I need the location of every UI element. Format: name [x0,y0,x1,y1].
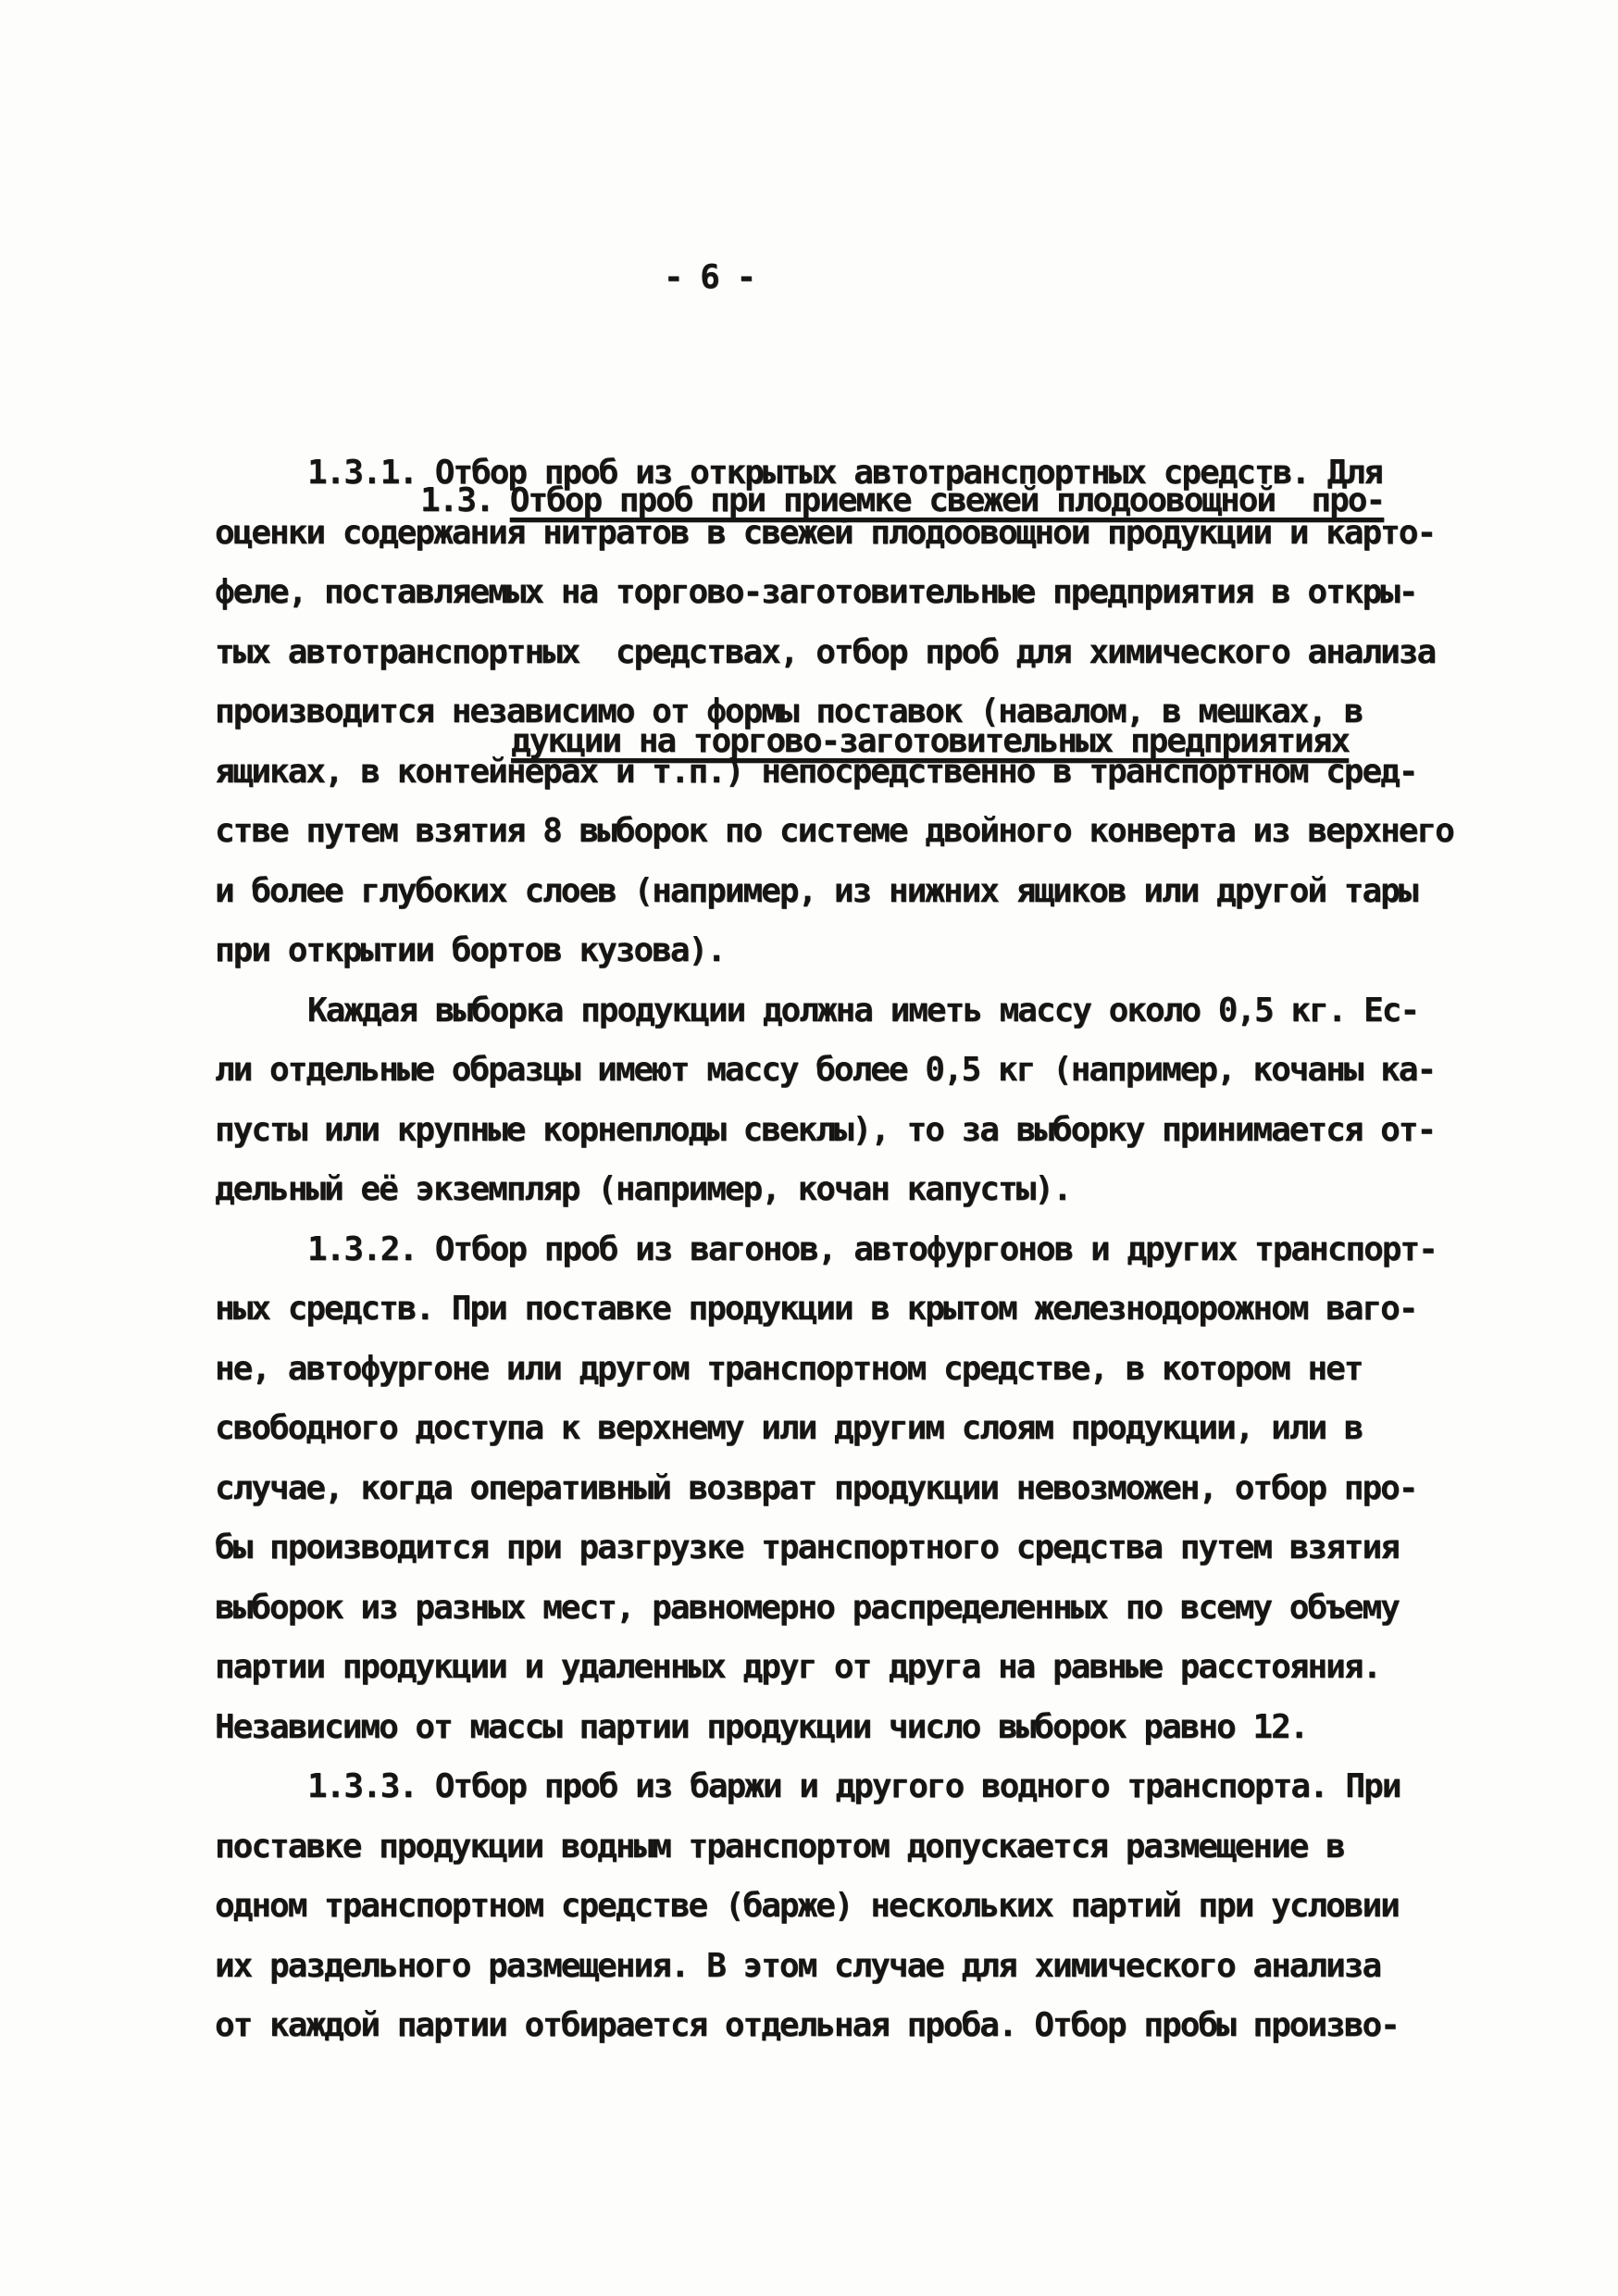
text-line: и более глубоких слоев (например, из ниж… [215,862,1503,922]
text-line: свободного доступа к верхнему или другим… [215,1399,1503,1459]
document-body: 1.3.1. Отбор проб из открытых автотрансп… [215,443,1503,2056]
text-line: бы производится при разгрузке транспортн… [215,1518,1503,1578]
text-line: партии продукции и удаленных друг от дру… [215,1638,1503,1698]
text-line: их раздельного размещения. В этом случае… [215,1937,1503,1997]
text-line: производится независимо от формы поставо… [215,682,1503,742]
text-line: случае, когда оперативный возврат продук… [215,1459,1503,1519]
text-line: при открытии бортов кузова). [215,921,1503,981]
text-line: пусты или крупные корнеплоды свеклы), то… [215,1101,1503,1161]
text-line: дельный её экземпляр (например, кочан ка… [215,1160,1503,1220]
text-line: не, автофургоне или другом транспортном … [215,1340,1503,1400]
text-line: тых автотранспортных средствах, отбор пр… [215,623,1503,683]
text-line: от каждой партии отбирается отдельная пр… [215,1996,1503,2056]
text-line: оценки содержания нитратов в свежей плод… [215,504,1503,564]
text-line: ли отдельные образцы имеют массу более 0… [215,1041,1503,1101]
text-line: одном транспортном средстве (барже) неск… [215,1877,1503,1937]
text-line: 1.3.1. Отбор проб из открытых автотрансп… [215,443,1503,504]
text-line: феле, поставляемых на торгово-заготовите… [215,563,1503,623]
text-line: стве путем взятия 8 выборок по системе д… [215,802,1503,862]
text-line: Независимо от массы партии продукции чис… [215,1698,1503,1758]
text-line: 1.3.3. Отбор проб из баржи и другого вод… [215,1757,1503,1817]
text-line: выборок из разных мест, равномерно распр… [215,1578,1503,1639]
text-line: ных средств. При поставке продукции в кр… [215,1279,1503,1340]
text-line: Каждая выборка продукции должна иметь ма… [215,981,1503,1042]
document-page: - 6 - 1.3.Отбор проб при приемке свежей … [0,0,1618,2296]
text-line: 1.3.2. Отбор проб из вагонов, автофургон… [215,1220,1503,1280]
text-line: ящиках, в контейнерах и т.п.) непосредст… [215,742,1503,803]
page-number: - 6 - [0,259,1418,296]
text-line: поставке продукции водным транспортом до… [215,1817,1503,1878]
